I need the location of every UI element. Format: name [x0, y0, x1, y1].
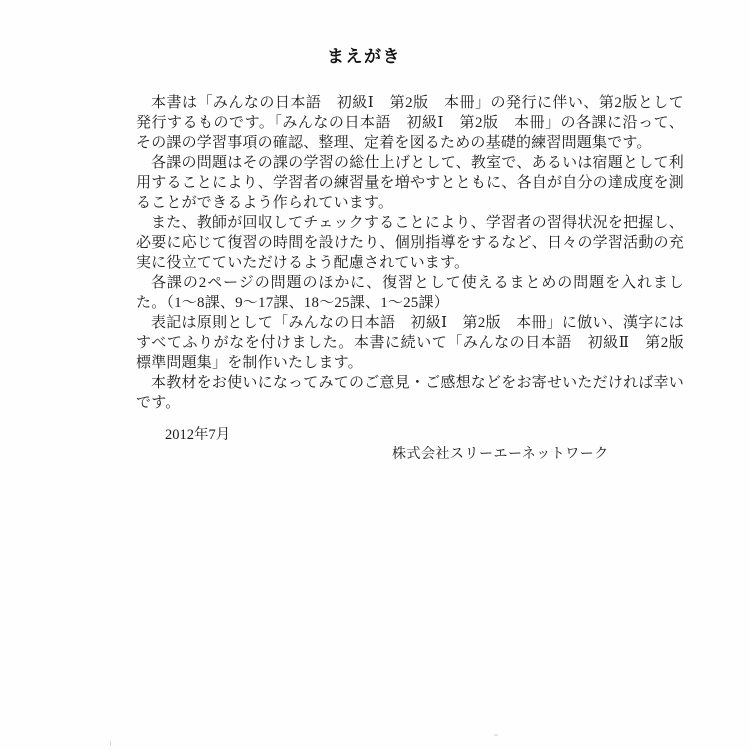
body-paragraph: 本書は「みんなの日本語 初級Ⅰ 第2版 本冊」の発行に伴い、第2版として発行する…	[136, 93, 684, 153]
publication-date: 2012年7月	[165, 425, 750, 445]
body-paragraph: 表記は原則として「みんなの日本語 初級Ⅰ 第2版 本冊」に倣い、漢字にはすべてふ…	[136, 313, 684, 373]
body-paragraph: また、教師が回収してチェックすることにより、学習者の習得状況を把握し、必要に応じ…	[136, 213, 684, 273]
preface-body: 本書は「みんなの日本語 初級Ⅰ 第2版 本冊」の発行に伴い、第2版として発行する…	[136, 93, 684, 413]
publisher-name: 株式会社スリーエーネットワーク	[392, 445, 750, 465]
scan-artifact	[110, 741, 111, 746]
body-paragraph: 各課の2ページの問題のほかに、復習として使えるまとめの問題を入れました。（1～8…	[136, 273, 684, 313]
body-paragraph: 各課の問題はその課の学習の総仕上げとして、教室で、あるいは宿題として利用すること…	[136, 153, 684, 213]
page-title: まえがき	[0, 0, 739, 67]
document-page: まえがき 本書は「みんなの日本語 初級Ⅰ 第2版 本冊」の発行に伴い、第2版とし…	[0, 0, 750, 750]
scan-artifact	[494, 734, 498, 736]
body-paragraph: 本教材をお使いになってみてのご意見・ご感想などをお寄せいただければ幸いです。	[136, 373, 684, 413]
